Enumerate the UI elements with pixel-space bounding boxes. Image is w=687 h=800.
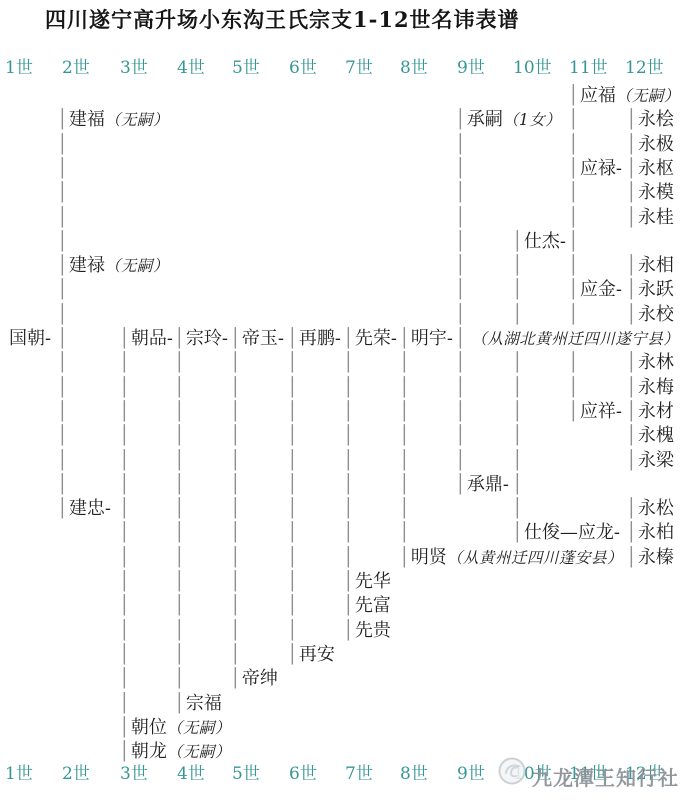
- person-name: 先华: [355, 571, 391, 592]
- branch-line: │: [455, 134, 466, 155]
- person-note: （从湖北黄州迁四川遂宁县）: [466, 330, 679, 348]
- branch-line: │: [626, 498, 637, 519]
- generation-header: 4世: [177, 763, 205, 785]
- tree-node: │朝位（无嗣）: [119, 717, 231, 739]
- branch-line: │: [230, 595, 241, 616]
- tree-branch-bar: │: [57, 304, 68, 325]
- branch-line: │: [568, 207, 579, 228]
- genealogy-chart-page: 四川遂宁高升场小东沟王氏宗支1-12世名讳表谱 1世2世3世4世5世6世7世8世…: [0, 0, 687, 800]
- branch-line: │: [512, 304, 523, 325]
- generation-header: 8世: [400, 57, 428, 79]
- tree-node: │永材: [626, 401, 674, 422]
- tree-node: │仕俊—应龙-: [512, 522, 620, 543]
- branch-line: │: [626, 450, 637, 471]
- tree-branch-bar: │: [287, 620, 298, 641]
- person-note: （1女）: [503, 111, 561, 129]
- person-name: 永跃: [638, 279, 674, 300]
- tree-branch-bar: │: [512, 304, 523, 325]
- branch-line: │: [174, 474, 185, 495]
- branch-line: │: [343, 425, 354, 446]
- tree-branch-bar: │: [287, 401, 298, 422]
- tree-node: │再安: [287, 644, 335, 665]
- branch-line: │: [343, 498, 354, 519]
- tree-node: │承嗣（1女）: [455, 109, 561, 131]
- tree-node: │朝龙（无嗣）: [119, 741, 231, 763]
- tree-branch-bar: │: [57, 328, 68, 349]
- branch-line: │: [568, 109, 579, 130]
- branch-line: │: [568, 134, 579, 155]
- person-name: 永槐: [638, 425, 674, 446]
- branch-line: │: [568, 158, 579, 179]
- branch-line: │: [343, 352, 354, 373]
- tree-branch-bar: │: [399, 474, 410, 495]
- branch-line: │: [399, 328, 410, 349]
- branch-line: │: [455, 304, 466, 325]
- person-name: 朝位: [131, 717, 167, 738]
- branch-line: │: [455, 352, 466, 373]
- branch-line: │: [568, 279, 579, 300]
- tree-node: │永桧: [626, 109, 674, 130]
- tree-branch-bar: │: [57, 134, 68, 155]
- branch-line: │: [57, 304, 68, 325]
- branch-line: │: [399, 401, 410, 422]
- generation-header: 5世: [232, 763, 260, 785]
- person-note: （无嗣）: [167, 743, 231, 761]
- generation-header: 7世: [345, 57, 373, 79]
- tree-branch-bar: │: [119, 693, 130, 714]
- branch-line: │: [455, 255, 466, 276]
- tree-branch-bar: │: [455, 134, 466, 155]
- branch-line: │: [287, 352, 298, 373]
- tree-branch-bar: │: [512, 498, 523, 519]
- branch-line: │: [399, 425, 410, 446]
- tree-branch-bar: │: [512, 425, 523, 446]
- branch-line: │: [57, 279, 68, 300]
- generation-header: 3世: [120, 763, 148, 785]
- branch-line: │: [626, 182, 637, 203]
- tree-branch-bar: │: [343, 450, 354, 471]
- branch-line: │: [568, 377, 579, 398]
- person-name: 永极: [638, 134, 674, 155]
- branch-line: │: [287, 425, 298, 446]
- tree-branch-bar: │: [512, 255, 523, 276]
- tree-branch-bar: │: [568, 134, 579, 155]
- tree-branch-bar: │: [174, 620, 185, 641]
- branch-line: │: [455, 328, 466, 349]
- tree-node: │永相: [626, 255, 674, 276]
- tree-node: │永校: [626, 304, 674, 325]
- person-name: 再安: [299, 644, 335, 665]
- branch-line: │: [119, 425, 130, 446]
- tree-branch-bar: │: [174, 571, 185, 592]
- tree-node: │建福（无嗣）: [57, 109, 169, 131]
- person-name: 应金-: [580, 279, 622, 300]
- branch-line: │: [57, 328, 68, 349]
- tree-branch-bar: │: [119, 522, 130, 543]
- branch-line: │: [174, 522, 185, 543]
- branch-line: │: [287, 571, 298, 592]
- branch-line: │: [174, 425, 185, 446]
- tree-node: │应金-: [568, 279, 622, 300]
- tree-branch-bar: │: [455, 401, 466, 422]
- tree-branch-bar: │: [512, 377, 523, 398]
- tree-node: │承鼎-: [455, 474, 509, 495]
- branch-line: │: [230, 450, 241, 471]
- branch-line: │: [399, 474, 410, 495]
- branch-line: │: [568, 401, 579, 422]
- tree-branch-bar: │: [343, 352, 354, 373]
- branch-line: │: [626, 158, 637, 179]
- branch-line: │: [119, 571, 130, 592]
- branch-line: │: [399, 498, 410, 519]
- branch-line: │: [512, 401, 523, 422]
- branch-line: │: [287, 450, 298, 471]
- branch-line: │: [512, 352, 523, 373]
- branch-line: │: [174, 498, 185, 519]
- branch-line: │: [512, 255, 523, 276]
- branch-line: │: [57, 474, 68, 495]
- branch-line: │: [174, 547, 185, 568]
- tree-branch-bar: │: [174, 474, 185, 495]
- branch-line: │: [174, 693, 185, 714]
- tree-node: │再鹏-: [287, 328, 341, 349]
- tree-branch-bar: │: [512, 352, 523, 373]
- branch-line: │: [119, 498, 130, 519]
- generation-header-row-bottom: 1世2世3世4世5世6世7世8世9世10世11世12世: [0, 763, 687, 785]
- tree-branch-bar: │: [174, 377, 185, 398]
- person-name: 建禄: [69, 255, 105, 276]
- generation-header: 12世: [625, 57, 664, 79]
- branch-line: │: [174, 571, 185, 592]
- tree-branch-bar: │: [399, 377, 410, 398]
- person-name: 承嗣: [467, 109, 503, 130]
- tree-node: │帝玉-: [230, 328, 284, 349]
- branch-line: │: [230, 522, 241, 543]
- tree-node: │建忠-: [57, 498, 111, 519]
- branch-line: │: [287, 522, 298, 543]
- tree-branch-bar: │: [119, 547, 130, 568]
- person-name: 永梁: [638, 450, 674, 471]
- tree-node: │永梅: [626, 377, 674, 398]
- tree-branch-bar: │: [399, 401, 410, 422]
- tree-branch-bar: │: [57, 425, 68, 446]
- tree-branch-bar: │: [230, 571, 241, 592]
- generation-header: 1世: [5, 57, 33, 79]
- branch-line: │: [119, 522, 130, 543]
- tree-branch-bar: │: [455, 182, 466, 203]
- branch-line: │: [626, 352, 637, 373]
- tree-branch-bar: │: [57, 450, 68, 471]
- branch-line: │: [568, 255, 579, 276]
- branch-line: │: [399, 377, 410, 398]
- branch-line: │: [455, 377, 466, 398]
- tree-branch-bar: │: [568, 182, 579, 203]
- tree-node: │应祥-: [568, 401, 622, 422]
- tree-node: │永梁: [626, 450, 674, 471]
- person-name: 朝品-: [131, 328, 173, 349]
- tree-branch-bar: │: [287, 571, 298, 592]
- tree-branch-bar: │: [230, 352, 241, 373]
- branch-line: │: [119, 401, 130, 422]
- tree-branch-bar: │: [399, 522, 410, 543]
- branch-line: │: [57, 182, 68, 203]
- tree-branch-bar: │: [57, 279, 68, 300]
- branch-line: │: [57, 352, 68, 373]
- branch-line: │: [230, 352, 241, 373]
- branch-line: │: [119, 328, 130, 349]
- branch-line: │: [119, 668, 130, 689]
- generation-header: 2世: [62, 763, 90, 785]
- tree-node: │建禄（无嗣）: [57, 255, 169, 277]
- tree-branch-bar: │: [568, 231, 579, 252]
- generation-header: 10世: [513, 57, 552, 79]
- tree-branch-bar: │: [174, 522, 185, 543]
- person-name: 建福: [69, 109, 105, 130]
- tree-node: │永桂: [626, 207, 674, 228]
- tree-branch-bar: │: [230, 401, 241, 422]
- tree-branch-bar: │: [512, 450, 523, 471]
- tree-branch-bar: │: [57, 231, 68, 252]
- branch-line: │: [399, 547, 410, 568]
- branch-line: │: [343, 571, 354, 592]
- tree-branch-bar: │: [568, 352, 579, 373]
- branch-line: │: [626, 425, 637, 446]
- branch-line: │: [287, 474, 298, 495]
- branch-line: │: [57, 207, 68, 228]
- branch-line: │: [174, 668, 185, 689]
- tree-branch-bar: │: [174, 595, 185, 616]
- person-name: 承鼎-: [467, 474, 509, 495]
- branch-line: │: [230, 425, 241, 446]
- branch-line: │: [57, 231, 68, 252]
- branch-line: │: [57, 425, 68, 446]
- branch-line: │: [343, 595, 354, 616]
- tree-node: │应福（无嗣）: [568, 85, 680, 107]
- person-name: 永桂: [638, 207, 674, 228]
- person-name: 先富: [355, 595, 391, 616]
- tree-branch-bar: │: [57, 474, 68, 495]
- branch-line: │: [343, 522, 354, 543]
- tree-branch-bar: │: [119, 620, 130, 641]
- branch-line: │: [626, 547, 637, 568]
- tree-branch-bar: │: [174, 498, 185, 519]
- branch-line: │: [455, 474, 466, 495]
- tree-branch-bar: │: [287, 547, 298, 568]
- tree-branch-bar: │: [230, 498, 241, 519]
- branch-line: │: [119, 620, 130, 641]
- branch-line: │: [343, 401, 354, 422]
- tree-node: │帝绅: [230, 668, 278, 689]
- tree-branch-bar: │: [230, 547, 241, 568]
- tree-branch-bar: │: [174, 668, 185, 689]
- tree-branch-bar: │: [119, 377, 130, 398]
- tree-branch-bar: │: [174, 401, 185, 422]
- tree-branch-bar: │: [568, 304, 579, 325]
- person-name: 仕俊—应龙-: [524, 522, 620, 543]
- tree-branch-bar: │: [343, 474, 354, 495]
- branch-line: │: [626, 377, 637, 398]
- tree-node: │永槐: [626, 425, 674, 446]
- branch-line: │: [230, 401, 241, 422]
- person-name: 永榛: [638, 547, 674, 568]
- generation-header: 9世: [457, 57, 485, 79]
- person-name: 应祥-: [580, 401, 622, 422]
- generation-header: 9世: [457, 763, 485, 785]
- generation-header: 12世: [625, 763, 664, 785]
- branch-line: │: [626, 279, 637, 300]
- generation-header: 10世: [513, 763, 552, 785]
- tree-branch-bar: │: [455, 352, 466, 373]
- tree-branch-bar: │: [57, 158, 68, 179]
- branch-line: │: [512, 450, 523, 471]
- tree-branch-bar: │: [230, 522, 241, 543]
- generation-header: 8世: [400, 763, 428, 785]
- branch-line: │: [119, 595, 130, 616]
- branch-line: │: [174, 401, 185, 422]
- tree-node: │永榛: [626, 547, 674, 568]
- tree-branch-bar: │: [119, 668, 130, 689]
- branch-line: │: [119, 450, 130, 471]
- tree-branch-bar: │: [287, 377, 298, 398]
- branch-line: │: [399, 352, 410, 373]
- person-note: （无嗣）: [616, 87, 680, 105]
- branch-line: │: [512, 425, 523, 446]
- branch-line: │: [512, 231, 523, 252]
- tree-node: │永极: [626, 134, 674, 155]
- branch-line: │: [57, 377, 68, 398]
- tree-branch-bar: │: [287, 474, 298, 495]
- person-name: 应福: [580, 85, 616, 106]
- person-name: 帝玉-: [242, 328, 284, 349]
- branch-line: │: [57, 401, 68, 422]
- tree-branch-bar: │: [455, 158, 466, 179]
- branch-line: │: [455, 425, 466, 446]
- tree-branch-bar: │: [455, 425, 466, 446]
- tree-branch-bar: │: [174, 644, 185, 665]
- generation-header: 2世: [62, 57, 90, 79]
- branch-line: │: [57, 255, 68, 276]
- tree-node: │先华: [343, 571, 391, 592]
- tree-branch-bar: │: [287, 450, 298, 471]
- tree-branch-bar: │: [119, 474, 130, 495]
- person-name: 国朝-: [9, 328, 51, 349]
- tree-branch-bar: │: [119, 425, 130, 446]
- branch-line: │: [512, 474, 523, 495]
- tree-node: │明宇-: [399, 328, 453, 349]
- tree-node: │仕杰-: [512, 231, 566, 252]
- branch-line: │: [57, 134, 68, 155]
- generation-header: 11世: [569, 57, 608, 79]
- person-name: 永校: [638, 304, 674, 325]
- branch-line: │: [512, 522, 523, 543]
- branch-line: │: [626, 522, 637, 543]
- branch-line: │: [230, 620, 241, 641]
- tree-branch-bar: │: [455, 255, 466, 276]
- branch-line: │: [119, 352, 130, 373]
- tree-branch-bar: │: [568, 377, 579, 398]
- tree-branch-bar: │: [119, 644, 130, 665]
- tree-branch-bar: │: [57, 182, 68, 203]
- branch-line: │: [230, 547, 241, 568]
- tree-branch-bar: │: [455, 450, 466, 471]
- branch-line: │: [119, 644, 130, 665]
- tree-branch-bar: │: [343, 377, 354, 398]
- branch-line: │: [343, 328, 354, 349]
- tree-branch-bar: │: [119, 450, 130, 471]
- branch-line: │: [230, 498, 241, 519]
- generation-header-row-top: 1世2世3世4世5世6世7世8世9世10世11世12世: [0, 57, 687, 79]
- branch-line: │: [626, 401, 637, 422]
- branch-line: │: [287, 547, 298, 568]
- branch-line: │: [455, 158, 466, 179]
- branch-line: │: [174, 352, 185, 373]
- person-name: 永桧: [638, 109, 674, 130]
- tree-node: │永跃: [626, 279, 674, 300]
- branch-line: │: [287, 620, 298, 641]
- person-name: 先荣-: [355, 328, 397, 349]
- tree-node: │永林: [626, 352, 674, 373]
- branch-line: │: [230, 328, 241, 349]
- tree-branch-bar: │: [287, 352, 298, 373]
- tree-branch-bar: │: [119, 571, 130, 592]
- branch-line: │: [343, 620, 354, 641]
- tree-branch-bar: │: [174, 547, 185, 568]
- tree-branch-bar: │: [119, 401, 130, 422]
- tree-branch-bar: │: [57, 401, 68, 422]
- tree-branch-bar: │: [119, 352, 130, 373]
- branch-line: │: [174, 377, 185, 398]
- person-note: （从黄州迁四川蓬安县）: [447, 549, 623, 567]
- generation-header: 1世: [5, 763, 33, 785]
- tree-branch-bar: │: [287, 498, 298, 519]
- tree-branch-bar: │: [455, 304, 466, 325]
- tree-branch-bar: │: [119, 498, 130, 519]
- branch-line: │: [343, 377, 354, 398]
- branch-line: │: [119, 741, 130, 762]
- tree-branch-bar: │: [230, 425, 241, 446]
- tree-node: │永柏: [626, 522, 674, 543]
- branch-line: │: [626, 304, 637, 325]
- branch-line: │: [455, 279, 466, 300]
- person-name: 宗玲-: [186, 328, 228, 349]
- branch-line: │: [455, 401, 466, 422]
- branch-line: │: [455, 231, 466, 252]
- branch-line: │: [174, 328, 185, 349]
- tree-node: 国朝-: [8, 328, 51, 349]
- tree-node: │永模: [626, 182, 674, 203]
- branch-line: │: [343, 474, 354, 495]
- branch-line: │: [287, 401, 298, 422]
- branch-line: │: [399, 450, 410, 471]
- branch-line: │: [57, 498, 68, 519]
- branch-line: │: [57, 450, 68, 471]
- branch-line: │: [174, 620, 185, 641]
- tree-branch-bar: │: [57, 207, 68, 228]
- branch-line: │: [287, 595, 298, 616]
- person-name: 永枢: [638, 158, 674, 179]
- generation-header: 6世: [289, 57, 317, 79]
- generation-header: 6世: [289, 763, 317, 785]
- tree-branch-bar: │: [343, 401, 354, 422]
- tree-node: │永松: [626, 498, 674, 519]
- tree-branch-bar: │: [174, 425, 185, 446]
- tree-branch-bar: │: [230, 595, 241, 616]
- branch-line: │: [343, 450, 354, 471]
- branch-line: │: [626, 134, 637, 155]
- tree-node: │明贤（从黄州迁四川蓬安县）: [399, 547, 623, 569]
- branch-line: │: [455, 207, 466, 228]
- tree-branch-bar: │: [455, 207, 466, 228]
